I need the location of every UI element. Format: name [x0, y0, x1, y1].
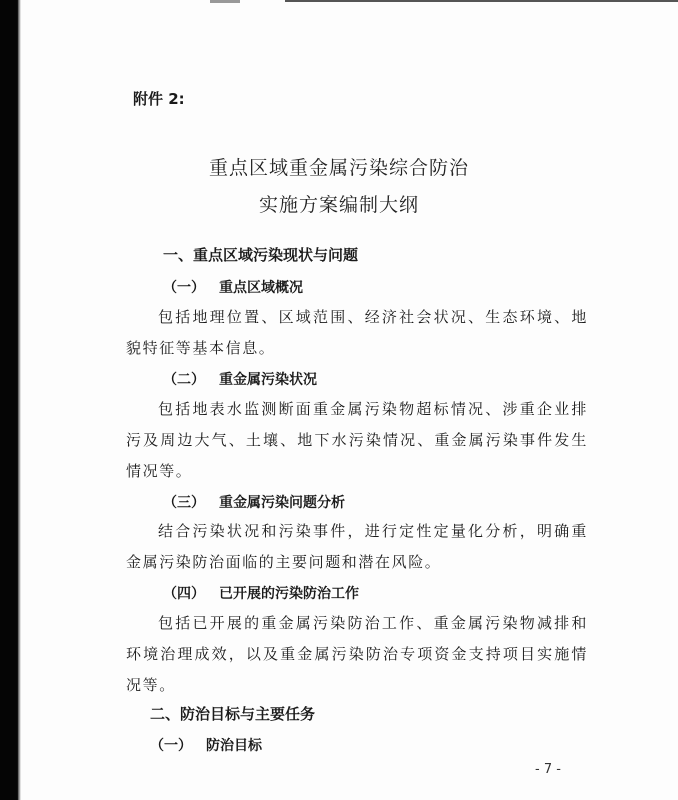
subsection-number: （二） [163, 369, 219, 389]
subsection-title: 重金属污染问题分析 [219, 495, 345, 511]
paragraph-1-1: 包括地理位置、区域范围、经济社会状况、生态环境、地貌特征等基本信息。 [126, 302, 588, 364]
section-number: 二、 [150, 703, 180, 724]
section-title: 重点区域污染现状与问题 [193, 246, 358, 264]
subsection-number: （三） [163, 492, 219, 512]
section-heading-1: 一、重点区域污染现状与问题 [163, 244, 358, 265]
subsection-title: 防治目标 [206, 738, 262, 754]
document-title-line-1: 重点区域重金属污染综合防治 [0, 153, 678, 180]
subsection-title: 已开展的污染防治工作 [219, 586, 359, 602]
document-page: 附件 2: 重点区域重金属污染综合防治 实施方案编制大纲 一、重点区域污染现状与… [0, 0, 678, 800]
section-title: 防治目标与主要任务 [180, 705, 315, 723]
paragraph-1-3: 结合污染状况和污染事件，进行定性定量化分析，明确重金属污染防治面临的主要问题和潜… [126, 516, 588, 578]
subsection-heading-1-1: （一）重点区域概况 [163, 277, 303, 297]
subsection-number: （四） [163, 583, 219, 603]
page-number: - 7 - [535, 762, 561, 777]
subsection-number: （一） [163, 277, 219, 297]
document-title-line-2: 实施方案编制大纲 [0, 190, 678, 217]
attachment-label: 附件 2: [133, 88, 185, 109]
subsection-heading-1-2: （二）重金属污染状况 [163, 369, 317, 389]
section-number: 一、 [163, 244, 193, 265]
subsection-heading-1-3: （三）重金属污染问题分析 [163, 492, 345, 512]
section-heading-2: 二、防治目标与主要任务 [150, 703, 315, 724]
paragraph-1-2: 包括地表水监测断面重金属污染物超标情况、涉重企业排污及周边大气、土壤、地下水污染… [126, 394, 588, 487]
paragraph-1-4: 包括已开展的重金属污染防治工作、重金属污染物减排和环境治理成效，以及重金属污染防… [126, 608, 588, 701]
subsection-title: 重点区域概况 [219, 280, 303, 296]
subsection-heading-2-1: （一）防治目标 [150, 735, 262, 755]
subsection-number: （一） [150, 735, 206, 755]
subsection-heading-1-4: （四）已开展的污染防治工作 [163, 583, 359, 603]
subsection-title: 重金属污染状况 [219, 372, 317, 388]
